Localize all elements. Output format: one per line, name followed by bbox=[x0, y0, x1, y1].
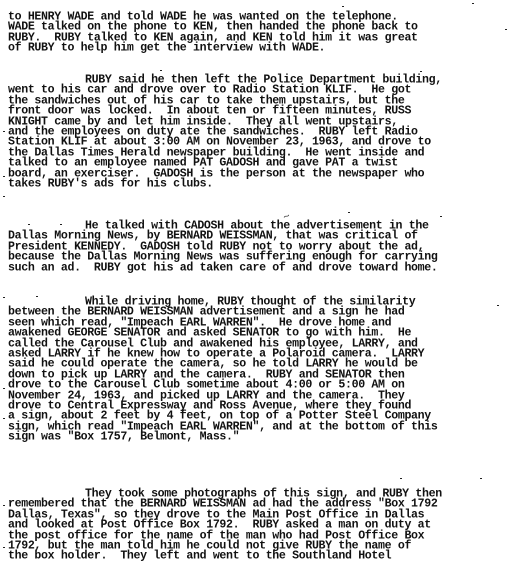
scan-speck bbox=[3, 388, 5, 389]
text-line: of RUBY to help him get the interview wi… bbox=[8, 43, 520, 54]
scan-speck bbox=[480, 478, 482, 479]
paragraph-1: to HENRY WADE and told WADE he was wante… bbox=[8, 12, 520, 54]
document-page: to HENRY WADE and told WADE he was wante… bbox=[0, 0, 522, 582]
scan-speck bbox=[60, 224, 62, 225]
scan-speck bbox=[505, 29, 507, 30]
paragraph-3: He talked with CADOSH about the advertis… bbox=[8, 221, 520, 273]
scan-speck bbox=[3, 297, 5, 298]
scan-speck bbox=[3, 176, 5, 177]
text-line: sign was "Box 1757, Belmont, Mass." bbox=[8, 432, 520, 443]
text-line: the box holder. They left and went to th… bbox=[8, 551, 520, 562]
scan-speck bbox=[36, 296, 38, 297]
scan-speck bbox=[3, 547, 5, 548]
scan-speck bbox=[472, 3, 474, 4]
text-line: such an ad. RUBY got his ad taken care o… bbox=[8, 263, 520, 274]
scan-speck bbox=[497, 305, 499, 306]
scan-speck bbox=[342, 6, 344, 7]
scan-speck bbox=[28, 224, 30, 225]
scan-speck bbox=[3, 418, 5, 419]
scan-speck bbox=[440, 216, 442, 217]
scan-speck bbox=[400, 478, 402, 479]
scan-speck bbox=[160, 70, 162, 71]
paragraph-5: They took some photographs of this sign,… bbox=[8, 489, 520, 562]
paragraph-2: RUBY said he then left the Police Depart… bbox=[8, 75, 520, 189]
text-line: takes RUBY's ads for his clubs. bbox=[8, 179, 520, 190]
scan-speck bbox=[3, 131, 5, 132]
scan-speck bbox=[348, 212, 350, 213]
paragraph-4: While driving home, RUBY thought of the … bbox=[8, 297, 520, 442]
scan-speck bbox=[3, 505, 5, 506]
scan-speck bbox=[3, 196, 5, 197]
scan-speck bbox=[420, 71, 422, 72]
